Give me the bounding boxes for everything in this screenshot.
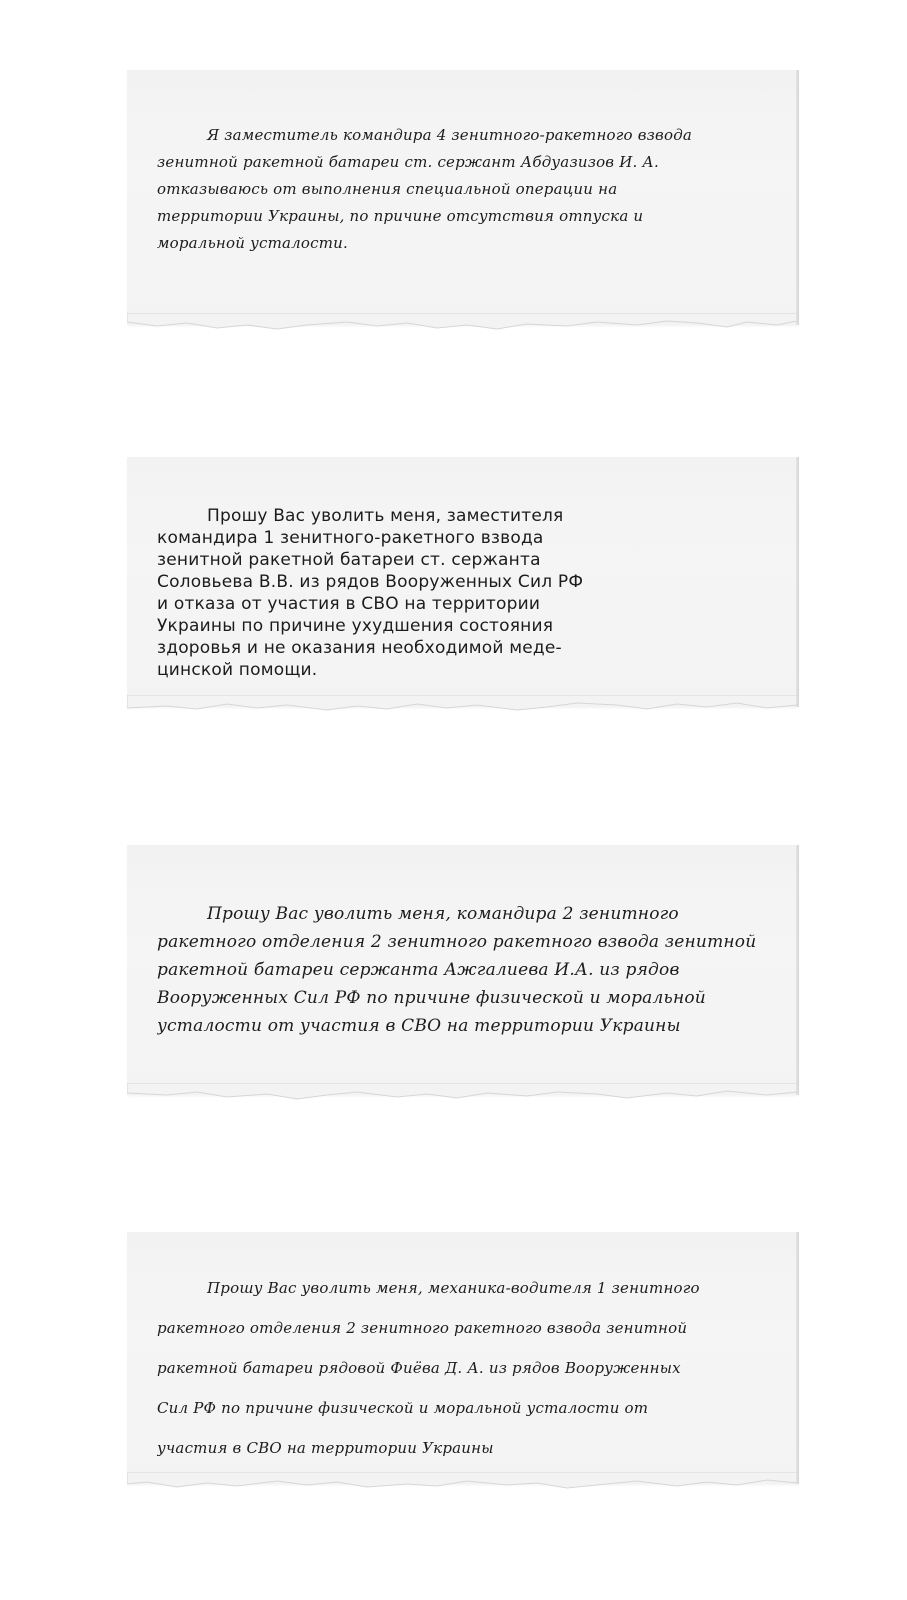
- note-line: и отказа от участия в СВО на территории: [157, 593, 771, 615]
- note-line: усталости от участия в СВО на территории…: [157, 1012, 771, 1040]
- note-line: моральной усталости.: [157, 230, 771, 257]
- note-line: цинской помощи.: [157, 659, 771, 681]
- torn-edge: [127, 1472, 797, 1498]
- handwritten-note-1: Я заместитель командира 4 зенитного-раке…: [127, 70, 797, 325]
- note-line: Вооруженных Сил РФ по причине физической…: [157, 984, 771, 1012]
- note-line: участия в СВО на территории Украины: [157, 1428, 771, 1468]
- note-line: Прошу Вас уволить меня, механика-водител…: [157, 1268, 771, 1308]
- handwritten-note-3: Прошу Вас уволить меня, командира 2 зени…: [127, 845, 797, 1095]
- note-line: Соловьева В.В. из рядов Вооруженных Сил …: [157, 571, 771, 593]
- torn-edge: [127, 695, 797, 721]
- handwritten-note-4: Прошу Вас уволить меня, механика-водител…: [127, 1232, 797, 1484]
- note-line: командира 1 зенитного-ракетного взвода: [157, 527, 771, 549]
- note-line: здоровья и не оказания необходимой меде-: [157, 637, 771, 659]
- note-line: зенитной ракетной батареи ст. сержант Аб…: [157, 149, 771, 176]
- note-line: ракетного отделения 2 зенитного ракетног…: [157, 1308, 771, 1348]
- note-line: Украины по причине ухудшения состояния: [157, 615, 771, 637]
- note-2-text: Прошу Вас уволить меня, заместителя кома…: [157, 505, 771, 681]
- note-line: отказываюсь от выполнения специальной оп…: [157, 176, 771, 203]
- note-line: Прошу Вас уволить меня, заместителя: [157, 505, 771, 527]
- note-line: Я заместитель командира 4 зенитного-раке…: [157, 122, 771, 149]
- handwritten-note-2: Прошу Вас уволить меня, заместителя кома…: [127, 457, 797, 707]
- torn-edge: [127, 313, 797, 339]
- torn-edge: [127, 1083, 797, 1109]
- note-line: Прошу Вас уволить меня, командира 2 зени…: [157, 900, 771, 928]
- note-line: ракетного отделения 2 зенитного ракетног…: [157, 928, 771, 956]
- note-1-text: Я заместитель командира 4 зенитного-раке…: [157, 122, 771, 257]
- note-line: Сил РФ по причине физической и моральной…: [157, 1388, 771, 1428]
- note-line: территории Украины, по причине отсутстви…: [157, 203, 771, 230]
- note-3-text: Прошу Вас уволить меня, командира 2 зени…: [157, 900, 771, 1040]
- note-line: зенитной ракетной батареи ст. сержанта: [157, 549, 771, 571]
- note-line: ракетной батареи рядовой Фиёва Д. А. из …: [157, 1348, 771, 1388]
- note-4-text: Прошу Вас уволить меня, механика-водител…: [157, 1268, 771, 1468]
- note-line: ракетной батареи сержанта Ажгалиева И.А.…: [157, 956, 771, 984]
